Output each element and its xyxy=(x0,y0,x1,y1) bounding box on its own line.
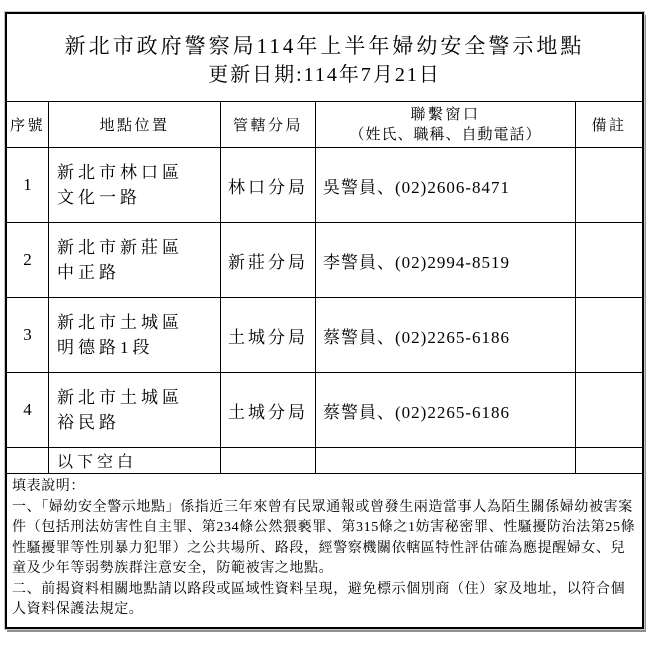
serial-cell: 1 xyxy=(7,148,49,222)
table-row: 4 新北市土城區 裕民路 土城分局 蔡警員、(02)2265-6186 xyxy=(7,373,642,448)
branch-cell-empty xyxy=(221,448,316,473)
column-header-branch: 管轄分局 xyxy=(221,102,316,147)
table-row: 2 新北市新莊區 中正路 新莊分局 李警員、(02)2994-8519 xyxy=(7,223,642,298)
column-header-remark: 備註 xyxy=(576,102,642,147)
serial-cell: 3 xyxy=(7,298,49,372)
remark-cell xyxy=(576,373,642,447)
branch-cell: 土城分局 xyxy=(221,373,316,447)
table-row: 3 新北市土城區 明德路1段 土城分局 蔡警員、(02)2265-6186 xyxy=(7,298,642,373)
contact-cell: 吳警員、(02)2606-8471 xyxy=(316,148,576,222)
location-line-2: 明德路1段 xyxy=(57,335,154,360)
blank-below-label: 以下空白 xyxy=(49,448,221,473)
table-row: 1 新北市林口區 文化一路 林口分局 吳警員、(02)2606-8471 xyxy=(7,148,642,223)
remark-cell xyxy=(576,148,642,222)
document-header: 新北市政府警察局114年上半年婦幼安全警示地點 更新日期:114年7月21日 xyxy=(7,14,642,102)
document-sheet: 新北市政府警察局114年上半年婦幼安全警示地點 更新日期:114年7月21日 序… xyxy=(5,12,644,629)
table-footer-row: 以下空白 xyxy=(7,448,642,474)
location-line-2: 裕民路 xyxy=(57,410,120,435)
location-line-1: 新北市新莊區 xyxy=(57,235,183,260)
location-line-1: 新北市林口區 xyxy=(57,160,183,185)
location-line-1: 新北市土城區 xyxy=(57,310,183,335)
note-item-1: 一、「婦幼安全警示地點」係指近三年來曾有民眾通報或曾發生兩造當事人為陌生關係婦幼… xyxy=(12,498,636,580)
serial-cell: 4 xyxy=(7,373,49,447)
document-title: 新北市政府警察局114年上半年婦幼安全警示地點 xyxy=(65,32,585,61)
table-header-row: 序號 地點位置 管轄分局 聯繫窗口 （姓氏、職稱、自動電話） 備註 xyxy=(7,102,642,148)
location-cell: 新北市新莊區 中正路 xyxy=(49,223,221,297)
remark-cell xyxy=(576,298,642,372)
column-header-contact-sub: （姓氏、職稱、自動電話） xyxy=(349,125,541,145)
location-cell: 新北市土城區 裕民路 xyxy=(49,373,221,447)
column-header-contact: 聯繫窗口 （姓氏、職稱、自動電話） xyxy=(316,102,576,147)
location-cell: 新北市林口區 文化一路 xyxy=(49,148,221,222)
branch-cell: 新莊分局 xyxy=(221,223,316,297)
update-date: 更新日期:114年7月21日 xyxy=(208,61,441,90)
location-line-1: 新北市土城區 xyxy=(57,385,183,410)
column-header-location: 地點位置 xyxy=(49,102,221,147)
serial-cell-empty xyxy=(7,448,49,473)
branch-cell: 林口分局 xyxy=(221,148,316,222)
notes-section: 填表說明： 一、「婦幼安全警示地點」係指近三年來曾有民眾通報或曾發生兩造當事人為… xyxy=(7,474,642,627)
remark-cell-empty xyxy=(576,448,642,473)
column-header-contact-label: 聯繫窗口 xyxy=(410,105,480,125)
branch-cell: 土城分局 xyxy=(221,298,316,372)
note-item-2: 二、前揭資料相關地點請以路段或區域性資料呈現，避免標示個別商（住）家及地址，以符… xyxy=(12,580,636,621)
contact-cell: 蔡警員、(02)2265-6186 xyxy=(316,298,576,372)
location-cell: 新北市土城區 明德路1段 xyxy=(49,298,221,372)
serial-cell: 2 xyxy=(7,223,49,297)
contact-cell-empty xyxy=(316,448,576,473)
location-line-2: 中正路 xyxy=(57,260,120,285)
remark-cell xyxy=(576,223,642,297)
column-header-serial: 序號 xyxy=(7,102,49,147)
location-line-2: 文化一路 xyxy=(57,185,141,210)
notes-title: 填表說明： xyxy=(12,477,636,498)
contact-cell: 李警員、(02)2994-8519 xyxy=(316,223,576,297)
contact-cell: 蔡警員、(02)2265-6186 xyxy=(316,373,576,447)
